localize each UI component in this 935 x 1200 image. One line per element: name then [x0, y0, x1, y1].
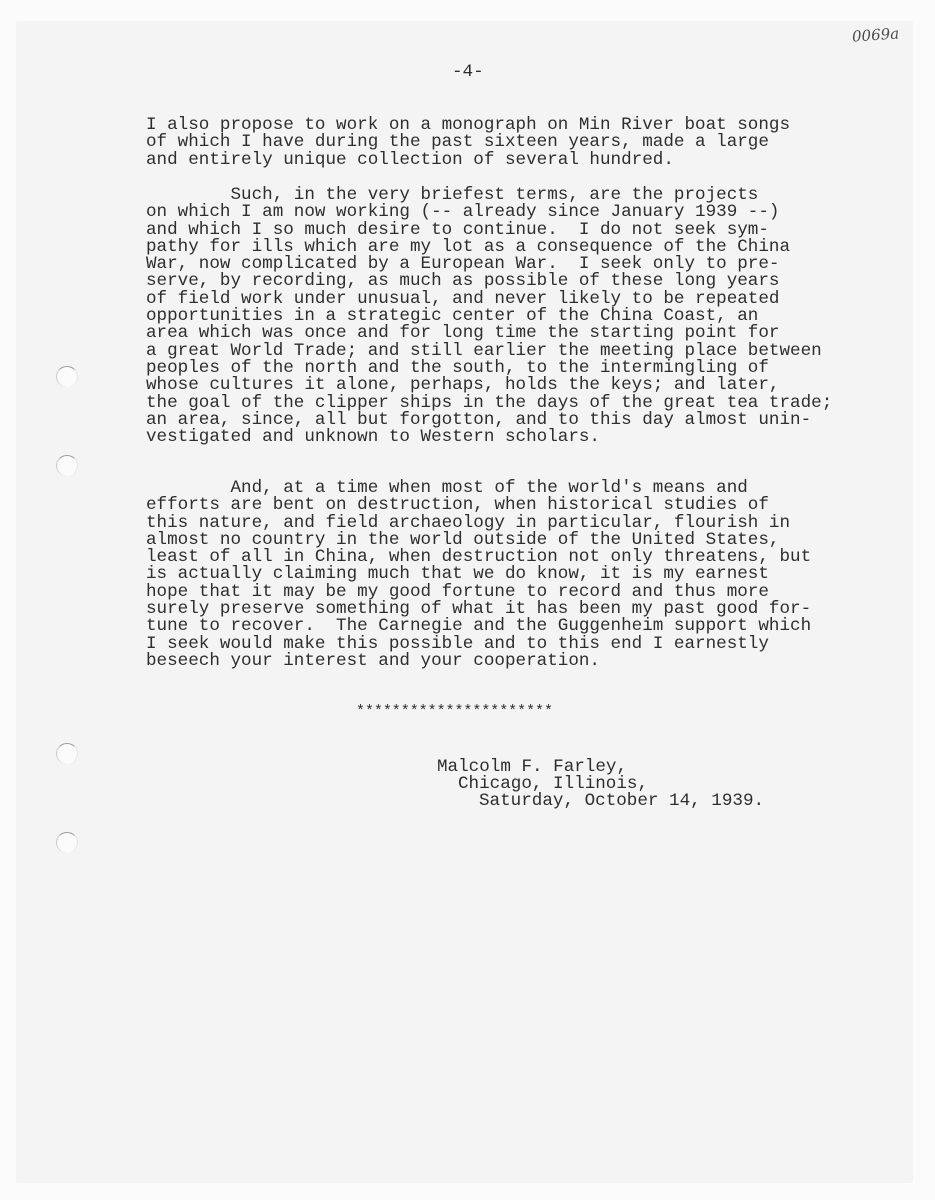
text-line: on which I am now working (-- already si… — [146, 204, 832, 221]
paragraph-2: Such, in the very briefest terms, are th… — [146, 187, 832, 446]
page-number: -4- — [452, 64, 484, 81]
text-line: of which I have during the past sixteen … — [146, 134, 790, 151]
archive-number-annotation: 0069a — [851, 24, 899, 45]
paragraph-1: I also propose to work on a monograph on… — [146, 117, 790, 169]
separator-asterisks: ********************** — [356, 703, 553, 720]
punch-hole — [56, 366, 78, 387]
punch-hole — [56, 455, 78, 476]
text-line: vestigated and unknown to Western schola… — [146, 429, 832, 446]
text-line: and entirely unique collection of severa… — [146, 152, 790, 169]
signature-date: Saturday, October 14, 1939. — [479, 793, 764, 810]
text-line: efforts are bent on destruction, when hi… — [146, 497, 811, 514]
paragraph-3: And, at a time when most of the world's … — [146, 480, 811, 670]
punch-hole — [56, 743, 78, 764]
text-line: whose cultures it alone, perhaps, holds … — [146, 377, 832, 394]
punch-hole — [56, 832, 78, 853]
text-line: beseech your interest and your cooperati… — [146, 653, 811, 670]
